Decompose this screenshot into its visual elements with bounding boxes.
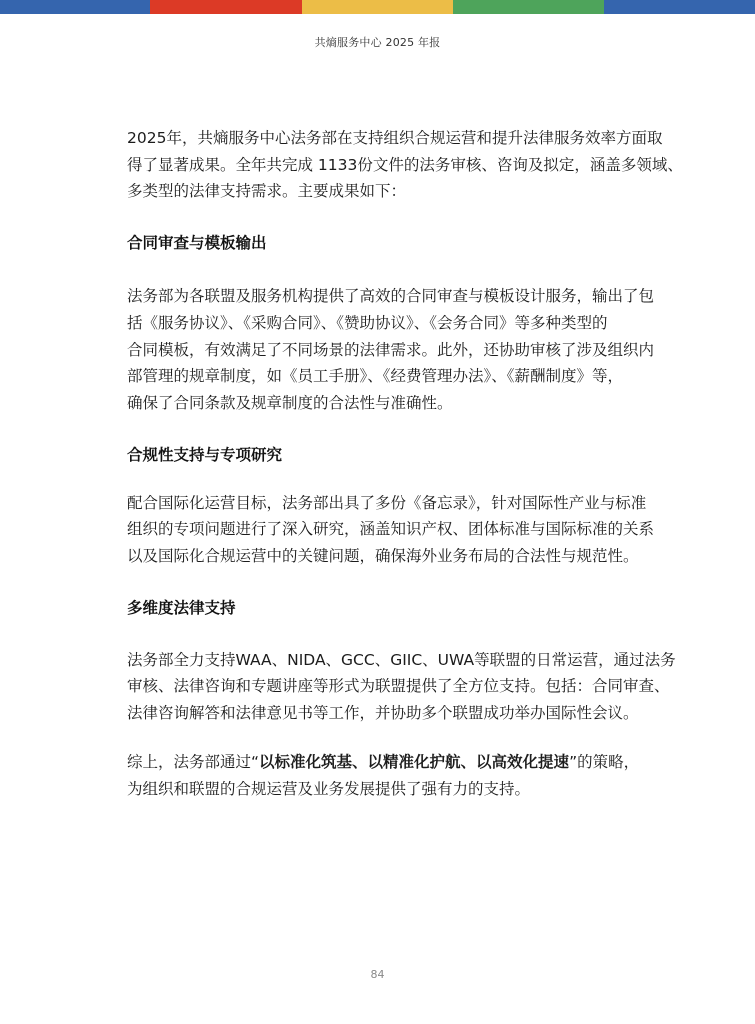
paragraph-line: 以及国际化合规运营中的关键问题，确保海外业务布局的合法性与规范性。	[127, 543, 657, 570]
paragraph-line: 括《服务协议》、《采购合同》、《赞助协议》、《会务合同》等多种类型的	[127, 310, 657, 337]
conclusion-paragraph: 综上，法务部通过“以标准化筑基、以精准化护航、以高效化提速”的策略， 为组织和联…	[127, 749, 657, 802]
color-bar-segment-green	[453, 0, 604, 14]
section-heading-contract-review: 合同审查与模板输出	[127, 230, 657, 256]
paragraph-line: 法务部全力支持WAA、NIDA、GCC、GIIC、UWA等联盟的日常运营，通过法…	[127, 647, 657, 674]
section-paragraph-contract-review: 法务部为各联盟及服务机构提供了高效的合同审查与模板设计服务，输出了包 括《服务协…	[127, 283, 657, 417]
color-bar-segment-blue-end	[604, 0, 755, 14]
quote-close: ”	[569, 753, 577, 771]
section-heading-compliance: 合规性支持与专项研究	[127, 442, 657, 468]
running-header: 共熵服务中心 2025 年报	[0, 34, 755, 50]
paragraph-line: 审核、法律咨询和专题讲座等形式为联盟提供了全方位支持。包括：合同审查、	[127, 673, 657, 700]
document-body: 2025年，共熵服务中心法务部在支持组织合规运营和提升法律服务效率方面取 得了显…	[127, 125, 657, 802]
intro-line: 得了显著成果。全年共完成 1133份文件的法务审核、咨询及拟定，涵盖多领域、	[127, 152, 657, 179]
intro-line: 2025年，共熵服务中心法务部在支持组织合规运营和提升法律服务效率方面取	[127, 125, 657, 152]
quote-open: “	[251, 753, 259, 771]
paragraph-line: 部管理的规章制度，如《员工手册》、《经费管理办法》、《薪酬制度》等，	[127, 363, 657, 390]
paragraph-line: 合同模板，有效满足了不同场景的法律需求。此外，还协助审核了涉及组织内	[127, 337, 657, 364]
conclusion-line: 为组织和联盟的合规运营及业务发展提供了强有力的支持。	[127, 776, 657, 803]
section-heading-legal-support: 多维度法律支持	[127, 595, 657, 621]
intro-paragraph: 2025年，共熵服务中心法务部在支持组织合规运营和提升法律服务效率方面取 得了显…	[127, 125, 657, 205]
top-color-bar	[0, 0, 755, 14]
paragraph-line: 法务部为各联盟及服务机构提供了高效的合同审查与模板设计服务，输出了包	[127, 283, 657, 310]
section-paragraph-legal-support: 法务部全力支持WAA、NIDA、GCC、GIIC、UWA等联盟的日常运营，通过法…	[127, 647, 657, 727]
strategy-emphasis: 以标准化筑基、以精准化护航、以高效化提速	[259, 753, 569, 771]
intro-line: 多类型的法律支持需求。主要成果如下：	[127, 178, 657, 205]
section-paragraph-compliance: 配合国际化运营目标，法务部出具了多份《备忘录》，针对国际性产业与标准 组织的专项…	[127, 490, 657, 570]
conclusion-line: 综上，法务部通过“以标准化筑基、以精准化护航、以高效化提速”的策略，	[127, 749, 657, 776]
paragraph-line: 确保了合同条款及规章制度的合法性与准确性。	[127, 390, 657, 417]
color-bar-segment-red	[150, 0, 302, 14]
conclusion-prefix: 综上，法务部通过	[127, 753, 251, 771]
paragraph-line: 法律咨询解答和法律意见书等工作，并协助多个联盟成功举办国际性会议。	[127, 700, 657, 727]
color-bar-segment-yellow	[302, 0, 453, 14]
conclusion-suffix: 的策略，	[577, 753, 639, 771]
color-bar-segment-blue	[0, 0, 150, 14]
paragraph-line: 配合国际化运营目标，法务部出具了多份《备忘录》，针对国际性产业与标准	[127, 490, 657, 517]
paragraph-line: 组织的专项问题进行了深入研究，涵盖知识产权、团体标准与国际标准的关系	[127, 516, 657, 543]
page-number: 84	[0, 968, 755, 981]
